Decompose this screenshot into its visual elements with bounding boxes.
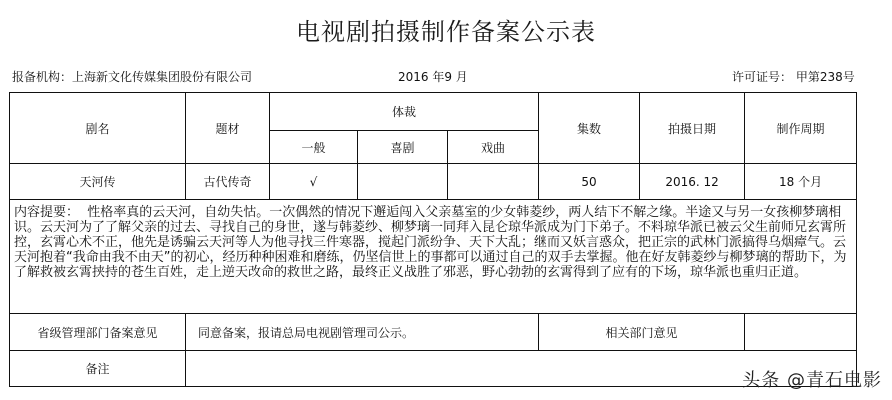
header-genre: 体裁: [270, 93, 539, 131]
summary-text: 性格率真的云天河，自幼失怙。一次偶然的情况下邂逅闯入父亲墓室的少女韩菱纱，两人结…: [14, 205, 846, 280]
license-value: 甲第238号: [796, 70, 855, 84]
watermark: 头条 @青石电影: [742, 366, 882, 392]
cell-name: 天河传: [10, 164, 186, 200]
header-cycle: 制作周期: [745, 93, 857, 164]
cell-genre-comedy: [358, 164, 448, 200]
license-label: 许可证号：: [732, 70, 792, 84]
header-episodes: 集数: [539, 93, 640, 164]
summary-label: 内容提要：: [14, 205, 79, 220]
org-label: 报备机构：: [12, 70, 72, 84]
cell-shoot-date: 2016. 12: [640, 164, 745, 200]
header-genre-comedy: 喜剧: [358, 131, 448, 164]
provincial-opinion-value: 同意备案，报请总局电视剧管理司公示。: [186, 314, 539, 351]
reporting-org: 报备机构：上海新文化传媒集团股份有限公司: [12, 68, 252, 85]
notes-label: 备注: [10, 351, 186, 387]
header-genre-general: 一般: [270, 131, 358, 164]
header-name: 剧名: [10, 93, 186, 164]
page-title: 电视剧拍摄制作备案公示表: [0, 12, 892, 47]
cell-genre-opera: [448, 164, 539, 200]
related-opinion-value: [745, 314, 857, 351]
cell-episodes: 50: [539, 164, 640, 200]
header-genre-opera: 戏曲: [448, 131, 539, 164]
cell-subject: 古代传奇: [186, 164, 270, 200]
related-opinion-label: 相关部门意见: [539, 314, 745, 351]
report-date: 2016 年9 月: [398, 68, 468, 85]
cell-genre-general: √: [270, 164, 358, 200]
cell-cycle: 18 个月: [745, 164, 857, 200]
content-summary: 内容提要： 性格率真的云天河，自幼失怙。一次偶然的情况下邂逅闯入父亲墓室的少女韩…: [10, 200, 857, 314]
org-value: 上海新文化传媒集团股份有限公司: [72, 70, 252, 84]
table-row: 天河传 古代传奇 √ 50 2016. 12 18 个月: [10, 164, 857, 200]
provincial-opinion-label: 省级管理部门备案意见: [10, 314, 186, 351]
header-subject: 题材: [186, 93, 270, 164]
license-number: 许可证号： 甲第238号: [732, 68, 855, 85]
filing-table: 剧名 题材 体裁 集数 拍摄日期 制作周期 一般 喜剧 戏曲 天河传 古代传奇 …: [9, 92, 857, 387]
header-shoot-date: 拍摄日期: [640, 93, 745, 164]
